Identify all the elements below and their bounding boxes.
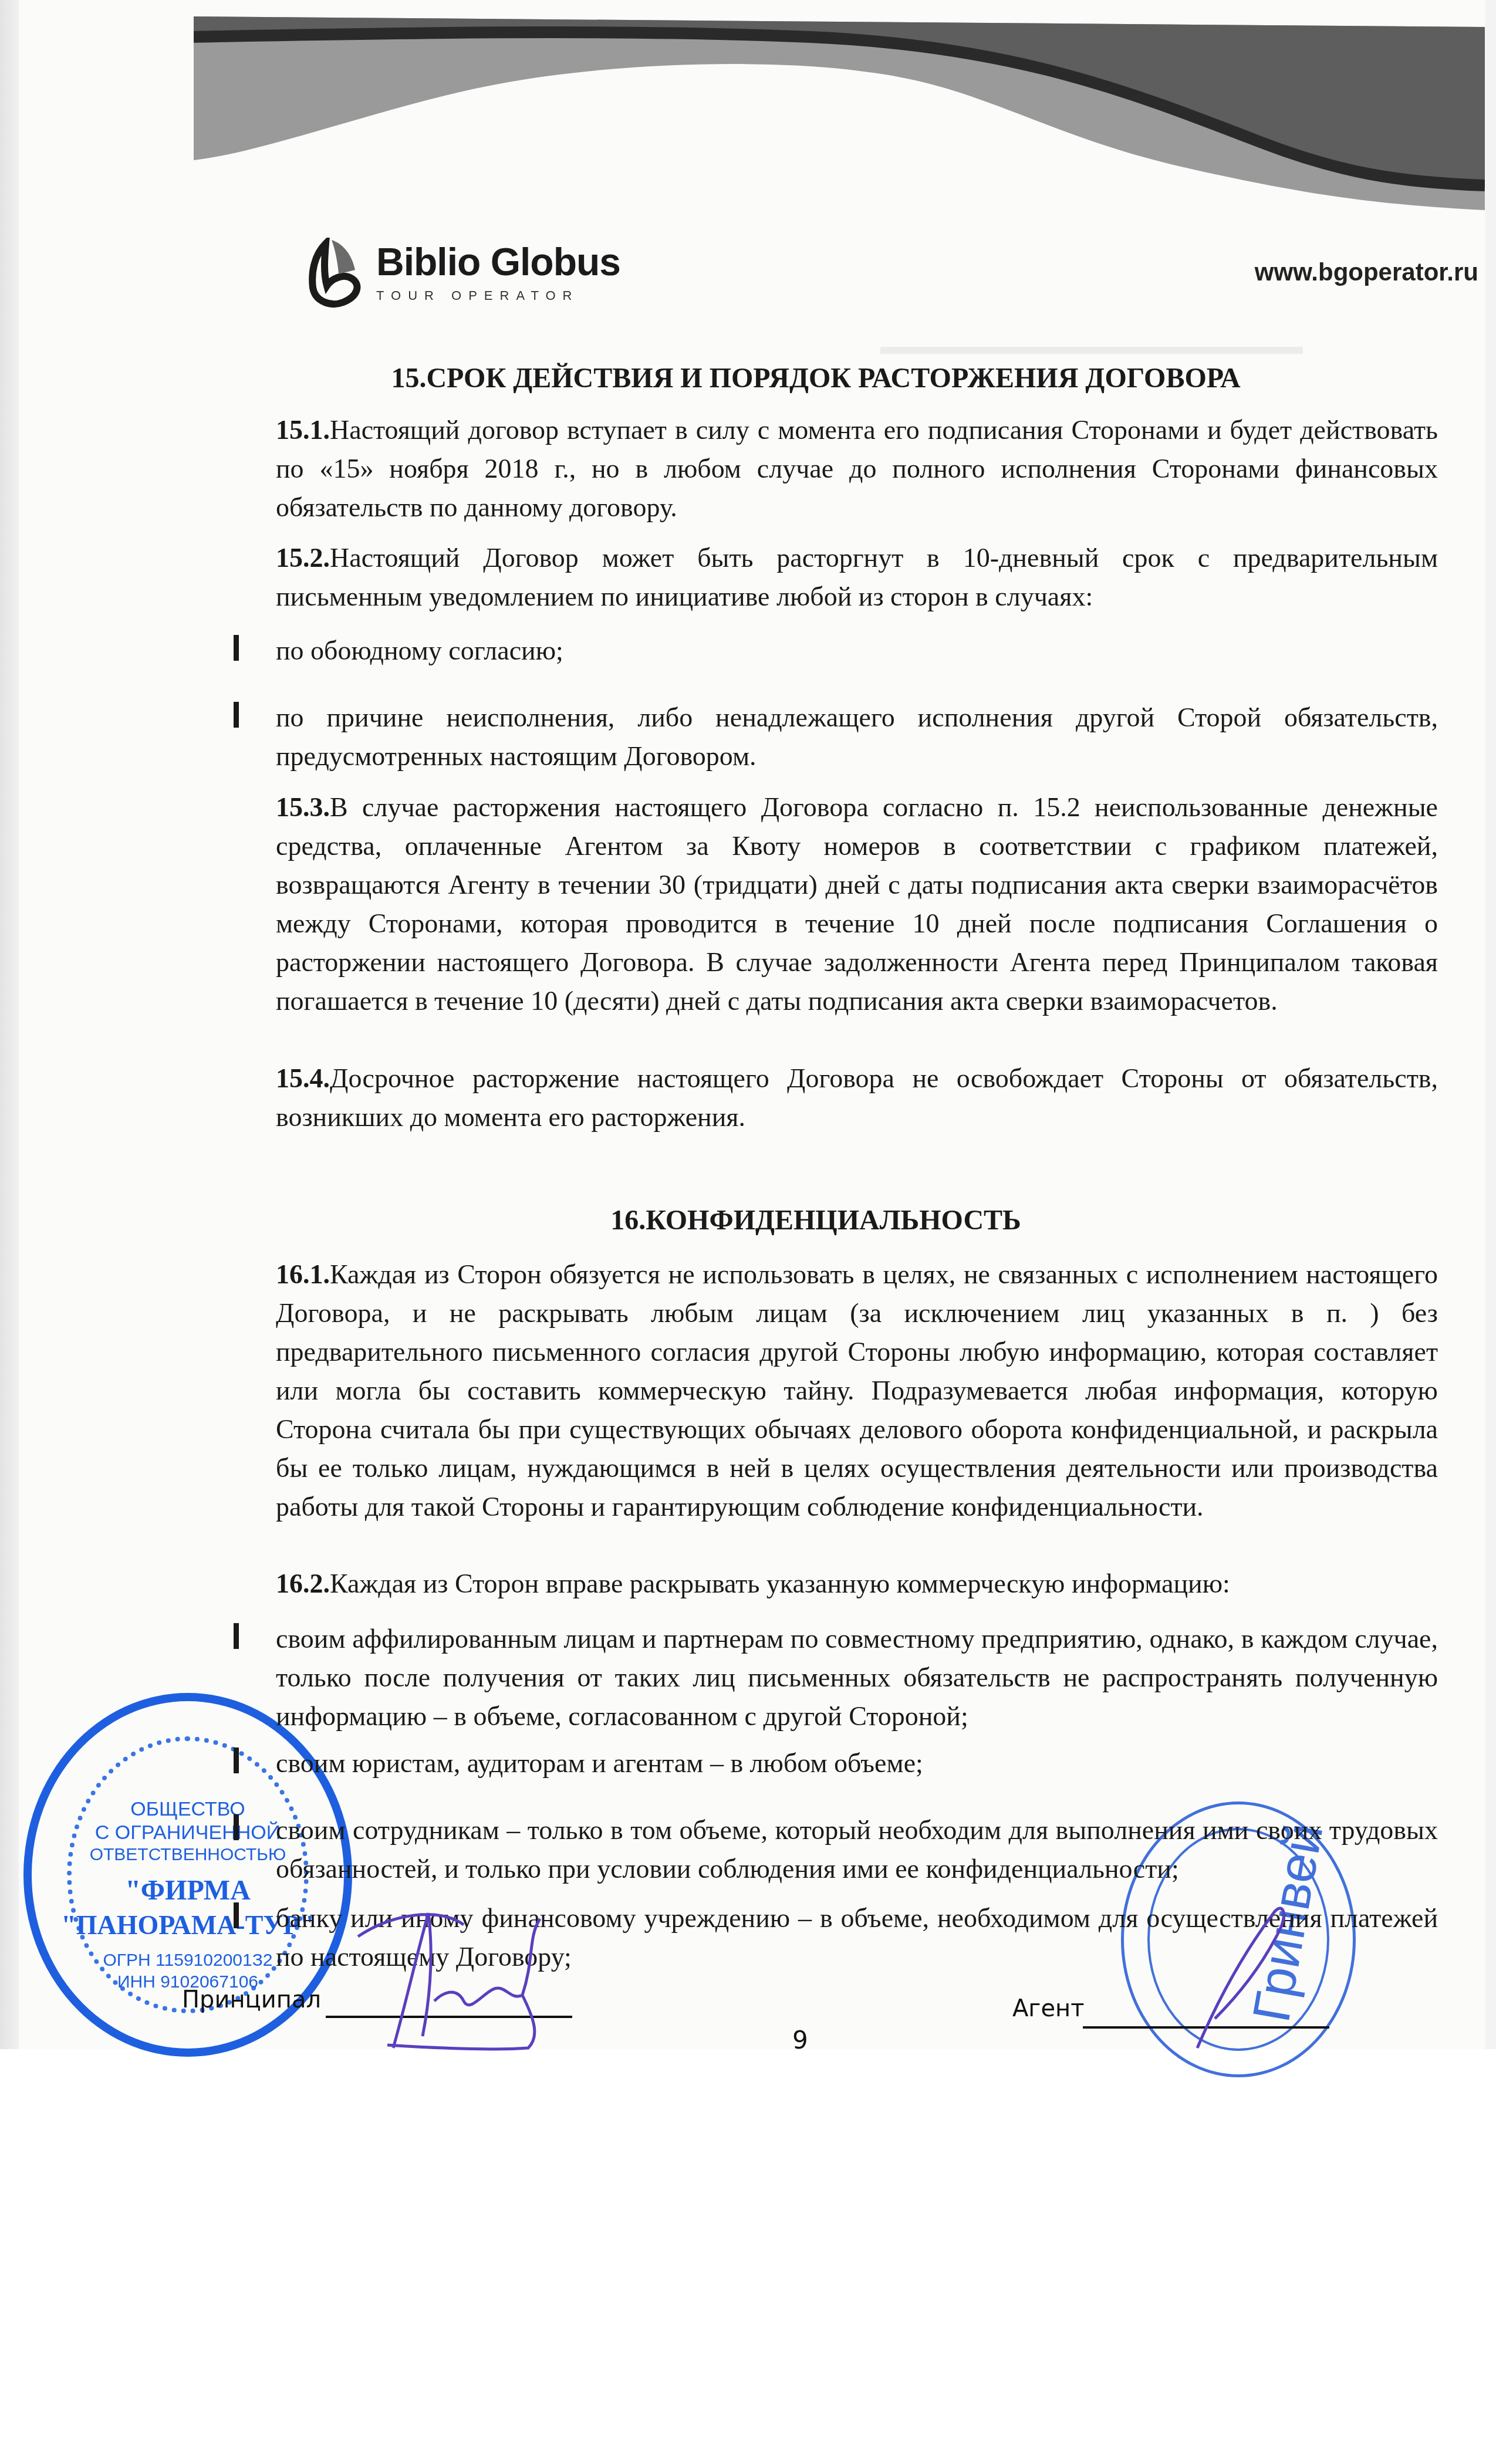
clause-number: 16.1.: [276, 1259, 330, 1289]
principal-label: Принципал: [182, 1986, 321, 2013]
clause-number: 15.4.: [276, 1063, 330, 1093]
clause-text: Настоящий договор вступает в силу с моме…: [276, 415, 1438, 522]
brand-tagline: TOUR OPERATOR: [376, 288, 620, 303]
bullet-marker: [234, 1902, 239, 1928]
clause-number: 16.2.: [276, 1569, 330, 1598]
section-16-title: 16.КОНФИДЕНЦИАЛЬНОСТЬ: [194, 1203, 1438, 1238]
list-item: своим сотрудникам – только в том объеме,…: [276, 1811, 1438, 1888]
principal-signature-icon: [346, 1901, 593, 2054]
clause-text: Каждая из Сторон вправе раскрывать указа…: [330, 1569, 1230, 1598]
clause-16-2: 16.2.Каждая из Сторон вправе раскрывать …: [276, 1564, 1438, 1603]
scan-edge-left: [0, 0, 19, 2049]
biblio-globus-logo-icon: [308, 238, 367, 308]
list-item: своим юристам, аудиторам и агентам – в л…: [276, 1744, 1438, 1783]
page-number: 9: [792, 2026, 808, 2054]
clause-16-1: 16.1.Каждая из Сторон обязуется не испол…: [276, 1255, 1438, 1526]
clause-15-1: 15.1.Настоящий договор вступает в силу с…: [276, 411, 1438, 527]
clause-number: 15.2.: [276, 543, 330, 573]
section-15-title: 15.СРОК ДЕЙСТВИЯ И ПОРЯДОК РАСТОРЖЕНИЯ Д…: [194, 361, 1438, 396]
bullet-marker: [234, 1623, 239, 1649]
clause-15-2: 15.2.Настоящий Договор может быть растор…: [276, 539, 1438, 616]
clause-text: Досрочное расторжение настоящего Договор…: [276, 1063, 1438, 1132]
agent-signature-icon: [1180, 1890, 1297, 2054]
agent-label: Агент: [1012, 1995, 1084, 2022]
brand-name: Biblio Globus: [376, 242, 620, 281]
bullet-marker: [234, 702, 239, 728]
clause-15-4: 15.4.Досрочное расторжение настоящего До…: [276, 1059, 1438, 1137]
website-url: www.bgoperator.ru: [1255, 258, 1478, 286]
list-item: по обоюдному согласию;: [276, 631, 1438, 670]
list-item: своим аффилированным лицам и партнерам п…: [276, 1620, 1438, 1736]
list-item: по причине неисполнения, либо ненадлежащ…: [276, 698, 1438, 776]
clause-15-3: 15.3.В случае расторжения настоящего Дог…: [276, 788, 1438, 1020]
clause-number: 15.3.: [276, 792, 330, 822]
header-wave-banner: [194, 16, 1485, 210]
clause-number: 15.1.: [276, 415, 330, 445]
bullet-marker: [234, 635, 239, 661]
brand-logo: Biblio Globus TOUR OPERATOR: [308, 235, 620, 311]
bullet-marker: [234, 1814, 239, 1840]
clause-text: Настоящий Договор может быть расторгнут …: [276, 543, 1438, 611]
bullet-marker: [234, 1748, 239, 1773]
clause-text: В случае расторжения настоящего Договора…: [276, 792, 1438, 1016]
clause-text: Каждая из Сторон обязуется не использова…: [276, 1259, 1438, 1522]
scan-edge-right: [1485, 0, 1496, 2049]
